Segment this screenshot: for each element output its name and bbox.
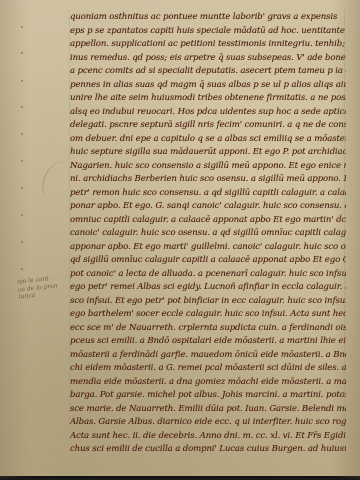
text-line: petr' remon huic sco consensu. a qd sigi… [70, 187, 346, 201]
pricking-hole [21, 52, 23, 54]
text-line: ego barthelem' socer eccle calaguir. hui… [70, 308, 346, 322]
pricking-hole [21, 80, 23, 82]
text-line: ecc sce m' de Nauarreth. crplernta supdi… [70, 322, 346, 336]
text-line: inus remedus. qd poss; eis arpetre q̄ su… [70, 52, 346, 66]
text-line: pennes in alias suas qd magm q̄ suas alb… [70, 79, 346, 93]
text-line: canoic' calaguir. huic sco osensu. a qd … [70, 227, 346, 241]
pricking-hole [21, 133, 23, 135]
pricking-hole [21, 106, 23, 108]
text-line: huic septure sigilla sua mādauerūt appon… [70, 146, 346, 160]
marginal-annotation: ojo le cant ca de lo pron iunca [17, 274, 67, 301]
text-line: sco infsui. Et ego petr' pot binficiar i… [70, 295, 346, 309]
text-line: quoniam osthnitus ac pontuee muntte labo… [70, 11, 346, 25]
text-line: pceus sci emilii. a Bndō ospitalari eide… [70, 335, 346, 349]
manuscript-page: quoniam osthnitus ac pontuee muntte labo… [0, 0, 360, 478]
text-line: mōasterii a ferdinādi garfie. mauedom ōn… [70, 349, 346, 363]
text-line: omniuc capitli calaguir. a calaacē appon… [70, 214, 346, 228]
text-line: alsq eo indubui reuocari. Hos pdca uiden… [70, 106, 346, 120]
pricking-hole [21, 26, 23, 28]
text-line: Albas. Garsie Albus. diarnico eide ecc. … [70, 416, 346, 430]
text-line: ego petr' remei Albas sci egidy. Lucnoñ … [70, 281, 346, 295]
text-line: a pcenc comits ad si specialit deputatis… [70, 65, 346, 79]
pricking-hole [21, 160, 23, 162]
text-line: qd sigillū omnīuc calaguir capitli a cal… [70, 254, 346, 268]
text-line: ni. archidiachs Berberien huic sco osens… [70, 173, 346, 187]
text-line: eps p se zpantatos capiti huis speciale … [70, 25, 346, 39]
text-line: apponar apbo. Et ego marti' guillelmi. c… [70, 241, 346, 255]
text-line: delegati. pscnre septurā sigill nris fec… [70, 119, 346, 133]
text-line: Acta sunt hec. ii. die decebris. Anno dn… [70, 430, 346, 444]
text-line: appellon. supplicationi ac petitioni tes… [70, 38, 346, 52]
pricking-hole [21, 241, 23, 243]
pricking-hole [21, 214, 23, 216]
text-line: pot canoic' a lecta de alluada. a pcenen… [70, 268, 346, 282]
text-line: ponar apbo. Et ego. G. sanqi canoic' cal… [70, 200, 346, 214]
text-line: barga. Pot garsie. michel pot albus. Joh… [70, 389, 346, 403]
text-line: unire lhe aite seim huiusmodi tribes obt… [70, 92, 346, 106]
text-line: chus sci emilii de cucilla a dompni' Luc… [70, 443, 346, 457]
manuscript-text-block: quoniam osthnitus ac pontuee muntte labo… [70, 11, 346, 457]
pricking-hole [21, 268, 23, 270]
pricking-hole [21, 187, 23, 189]
page-bottom-edge [0, 476, 360, 478]
text-line: Nagarien. huic sco consensio a sigillū m… [70, 160, 346, 174]
text-line: sce marie. de Nauarreth. Emilii dūia pot… [70, 403, 346, 417]
text-line: om debuer. dni epe a capitulo q se a alb… [70, 133, 346, 147]
text-line: mendia eide mōasterii. a dna gomiez mōac… [70, 376, 346, 390]
text-line: chi eidem mōasterii. a G. remei pcal mōa… [70, 362, 346, 376]
